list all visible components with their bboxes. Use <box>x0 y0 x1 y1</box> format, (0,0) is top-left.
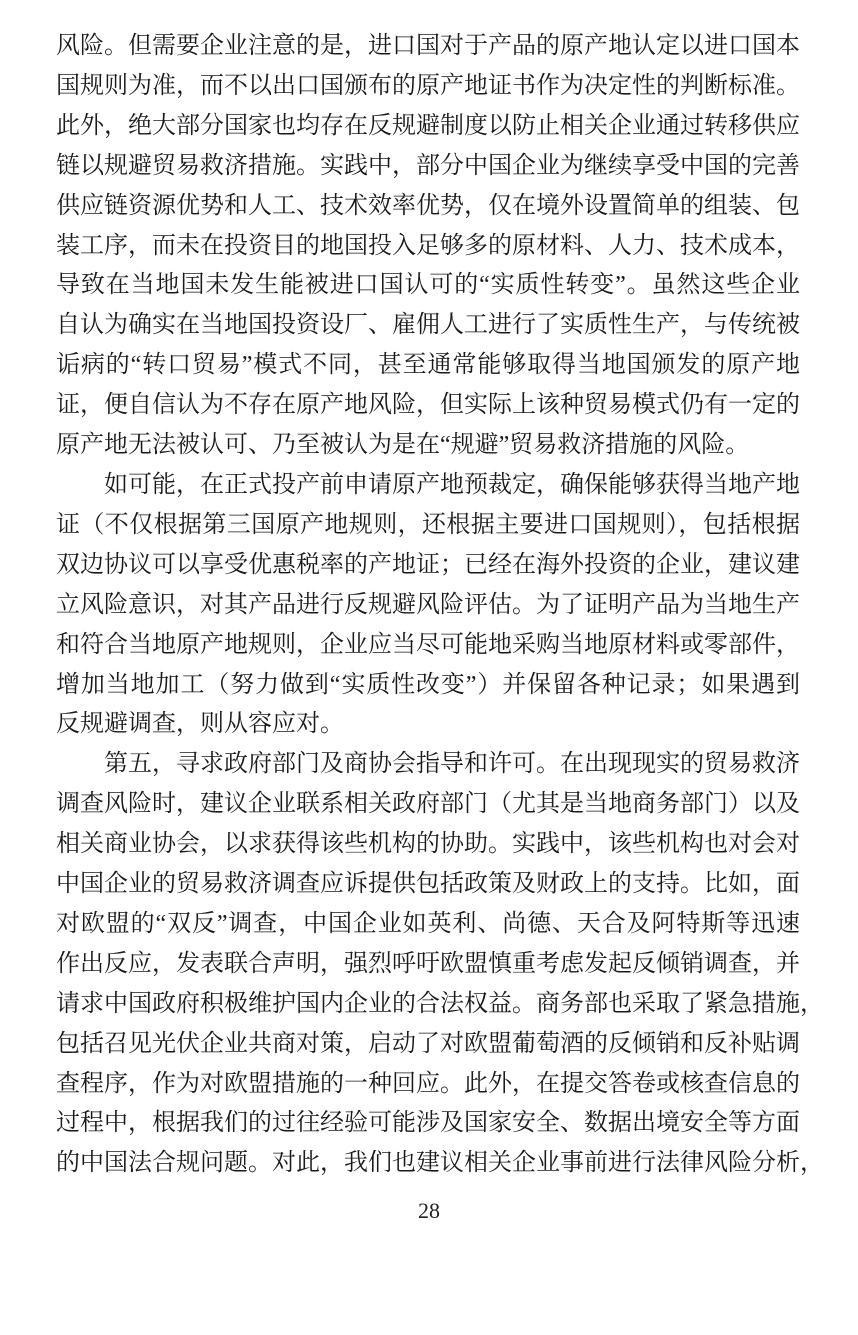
text-line: 反规避调查，则从容应对。 <box>56 705 800 745</box>
text-line: 请求中国政府积极维护国内企业的合法权益。商务部也采取了紧急措施， <box>56 985 800 1025</box>
text-line: 和符合当地原产地规则，企业应当尽可能地采购当地原材料或零部件， <box>56 626 800 666</box>
text-line: 此外，绝大部分国家也均存在反规避制度以防止相关企业通过转移供应 <box>56 107 800 147</box>
paragraph-government-guidance: 第五，寻求政府部门及商协会指导和许可。在出现现实的贸易救济 调查风险时，建议企业… <box>56 745 800 1184</box>
text-line: 风险。但需要企业注意的是，进口国对于产品的原产地认定以进口国本 <box>56 27 800 67</box>
text-line: 作出反应，发表联合声明，强烈呼吁欧盟慎重考虑发起反倾销调查，并 <box>56 945 800 985</box>
text-line: 相关商业协会，以求获得该些机构的协助。实践中，该些机构也对会对 <box>56 825 800 865</box>
paragraph-pre-ruling-advice: 如可能，在正式投产前申请原产地预裁定，确保能够获得当地产地 证（不仅根据第三国原… <box>56 466 800 745</box>
text-line: 国规则为准，而不以出口国颁布的原产地证书作为决定性的判断标准。 <box>56 67 800 107</box>
text-line: 包括召见光伏企业共商对策，启动了对欧盟葡萄酒的反倾销和反补贴调 <box>56 1025 800 1065</box>
text-line: 链以规避贸易救济措施。实践中，部分中国企业为继续享受中国的完善 <box>56 147 800 187</box>
page-number: 28 <box>0 1196 858 1226</box>
text-line: 调查风险时，建议企业联系相关政府部门（尤其是当地商务部门）以及 <box>56 785 800 825</box>
text-line: 自认为确实在当地国投资设厂、雇佣人工进行了实质性生产，与传统被 <box>56 306 800 346</box>
paragraph-origin-risk: 风险。但需要企业注意的是，进口国对于产品的原产地认定以进口国本 国规则为准，而不… <box>56 27 800 466</box>
text-line: 如可能，在正式投产前申请原产地预裁定，确保能够获得当地产地 <box>56 466 800 506</box>
document-page: 风险。但需要企业注意的是，进口国对于产品的原产地认定以进口国本 国规则为准，而不… <box>56 27 800 1184</box>
text-line: 供应链资源优势和人工、技术效率优势，仅在境外设置简单的组装、包 <box>56 187 800 227</box>
text-line: 装工序，而未在投资目的地国投入足够多的原材料、人力、技术成本， <box>56 227 800 267</box>
text-line: 过程中，根据我们的过往经验可能涉及国家安全、数据出境安全等方面 <box>56 1104 800 1144</box>
text-line: 对欧盟的“双反”调查，中国企业如英利、尚德、天合及阿特斯等迅速 <box>56 905 800 945</box>
text-line: 证，便自信认为不存在原产地风险，但实际上该种贸易模式仍有一定的 <box>56 386 800 426</box>
text-line: 增加当地加工（努力做到“实质性改变”）并保留各种记录；如果遇到 <box>56 666 800 706</box>
text-line: 诟病的“转口贸易”模式不同，甚至通常能够取得当地国颁发的原产地 <box>56 346 800 386</box>
text-line: 证（不仅根据第三国原产地规则，还根据主要进口国规则），包括根据 <box>56 506 800 546</box>
text-line: 原产地无法被认可、乃至被认为是在“规避”贸易救济措施的风险。 <box>56 426 800 466</box>
text-line: 双边协议可以享受优惠税率的产地证；已经在海外投资的企业，建议建 <box>56 546 800 586</box>
text-line: 中国企业的贸易救济调查应诉提供包括政策及财政上的支持。比如，面 <box>56 865 800 905</box>
text-line: 第五，寻求政府部门及商协会指导和许可。在出现现实的贸易救济 <box>56 745 800 785</box>
text-line: 立风险意识，对其产品进行反规避风险评估。为了证明产品为当地生产 <box>56 586 800 626</box>
text-line: 导致在当地国未发生能被进口国认可的“实质性转变”。虽然这些企业 <box>56 266 800 306</box>
text-line: 查程序，作为对欧盟措施的一种回应。此外，在提交答卷或核查信息的 <box>56 1065 800 1105</box>
text-line: 的中国法合规问题。对此，我们也建议相关企业事前进行法律风险分析， <box>56 1144 800 1184</box>
